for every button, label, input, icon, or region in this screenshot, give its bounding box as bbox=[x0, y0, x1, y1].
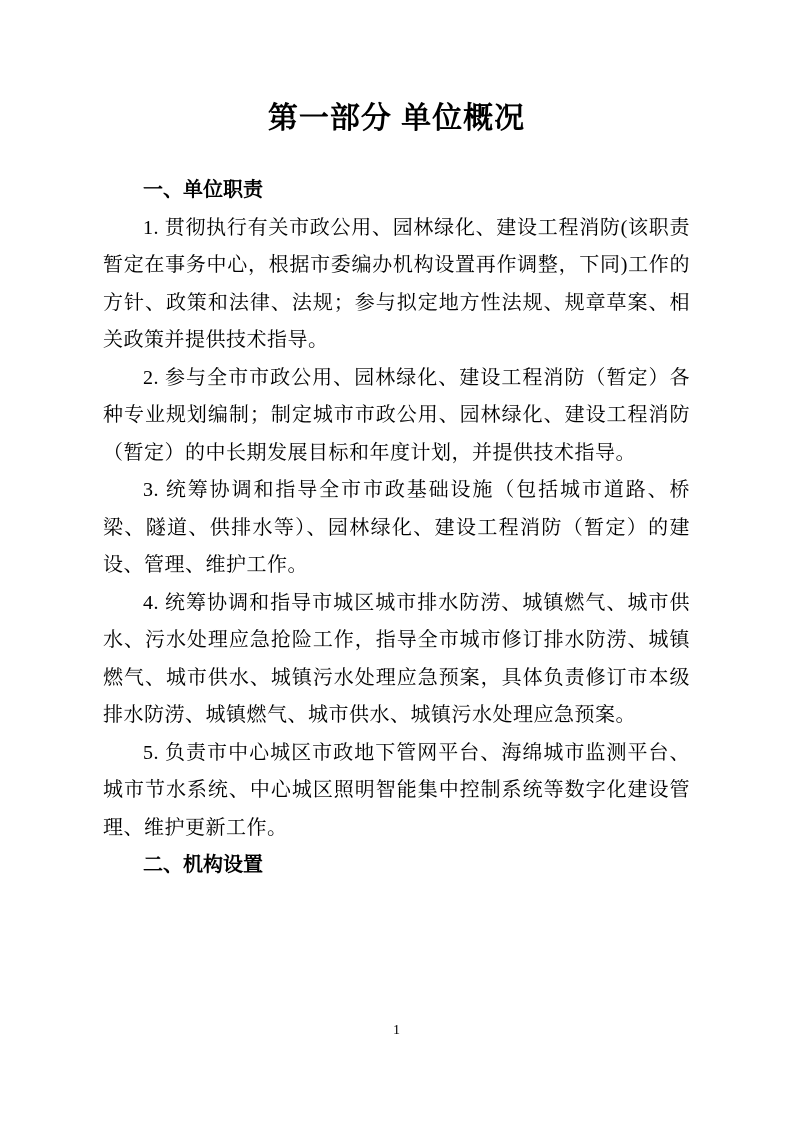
paragraph-3: 3. 统筹协调和指导全市市政基础设施（包括城市道路、桥梁、隧道、供排水等）、园林… bbox=[103, 472, 690, 585]
page-number: 1 bbox=[0, 1022, 793, 1040]
paragraph-1: 1. 贯彻执行有关市政公用、园林绿化、建设工程消防(该职责暂定在事务中心，根据市… bbox=[103, 210, 690, 360]
paragraph-2: 2. 参与全市市政公用、园林绿化、建设工程消防（暂定）各种专业规划编制；制定城市… bbox=[103, 360, 690, 473]
paragraph-4: 4. 统筹协调和指导市城区城市排水防涝、城镇燃气、城市供水、污水处理应急抢险工作… bbox=[103, 585, 690, 735]
document-title: 第一部分 单位概况 bbox=[103, 100, 690, 138]
document-content: 第一部分 单位概况 一、单位职责 1. 贯彻执行有关市政公用、园林绿化、建设工程… bbox=[0, 0, 793, 885]
document-page: 第一部分 单位概况 一、单位职责 1. 贯彻执行有关市政公用、园林绿化、建设工程… bbox=[0, 0, 793, 1122]
section-heading-unit-duties: 一、单位职责 bbox=[103, 172, 690, 210]
paragraph-5: 5. 负责市中心城区市政地下管网平台、海绵城市监测平台、城市节水系统、中心城区照… bbox=[103, 735, 690, 848]
section-heading-org-structure: 二、机构设置 bbox=[103, 847, 690, 885]
